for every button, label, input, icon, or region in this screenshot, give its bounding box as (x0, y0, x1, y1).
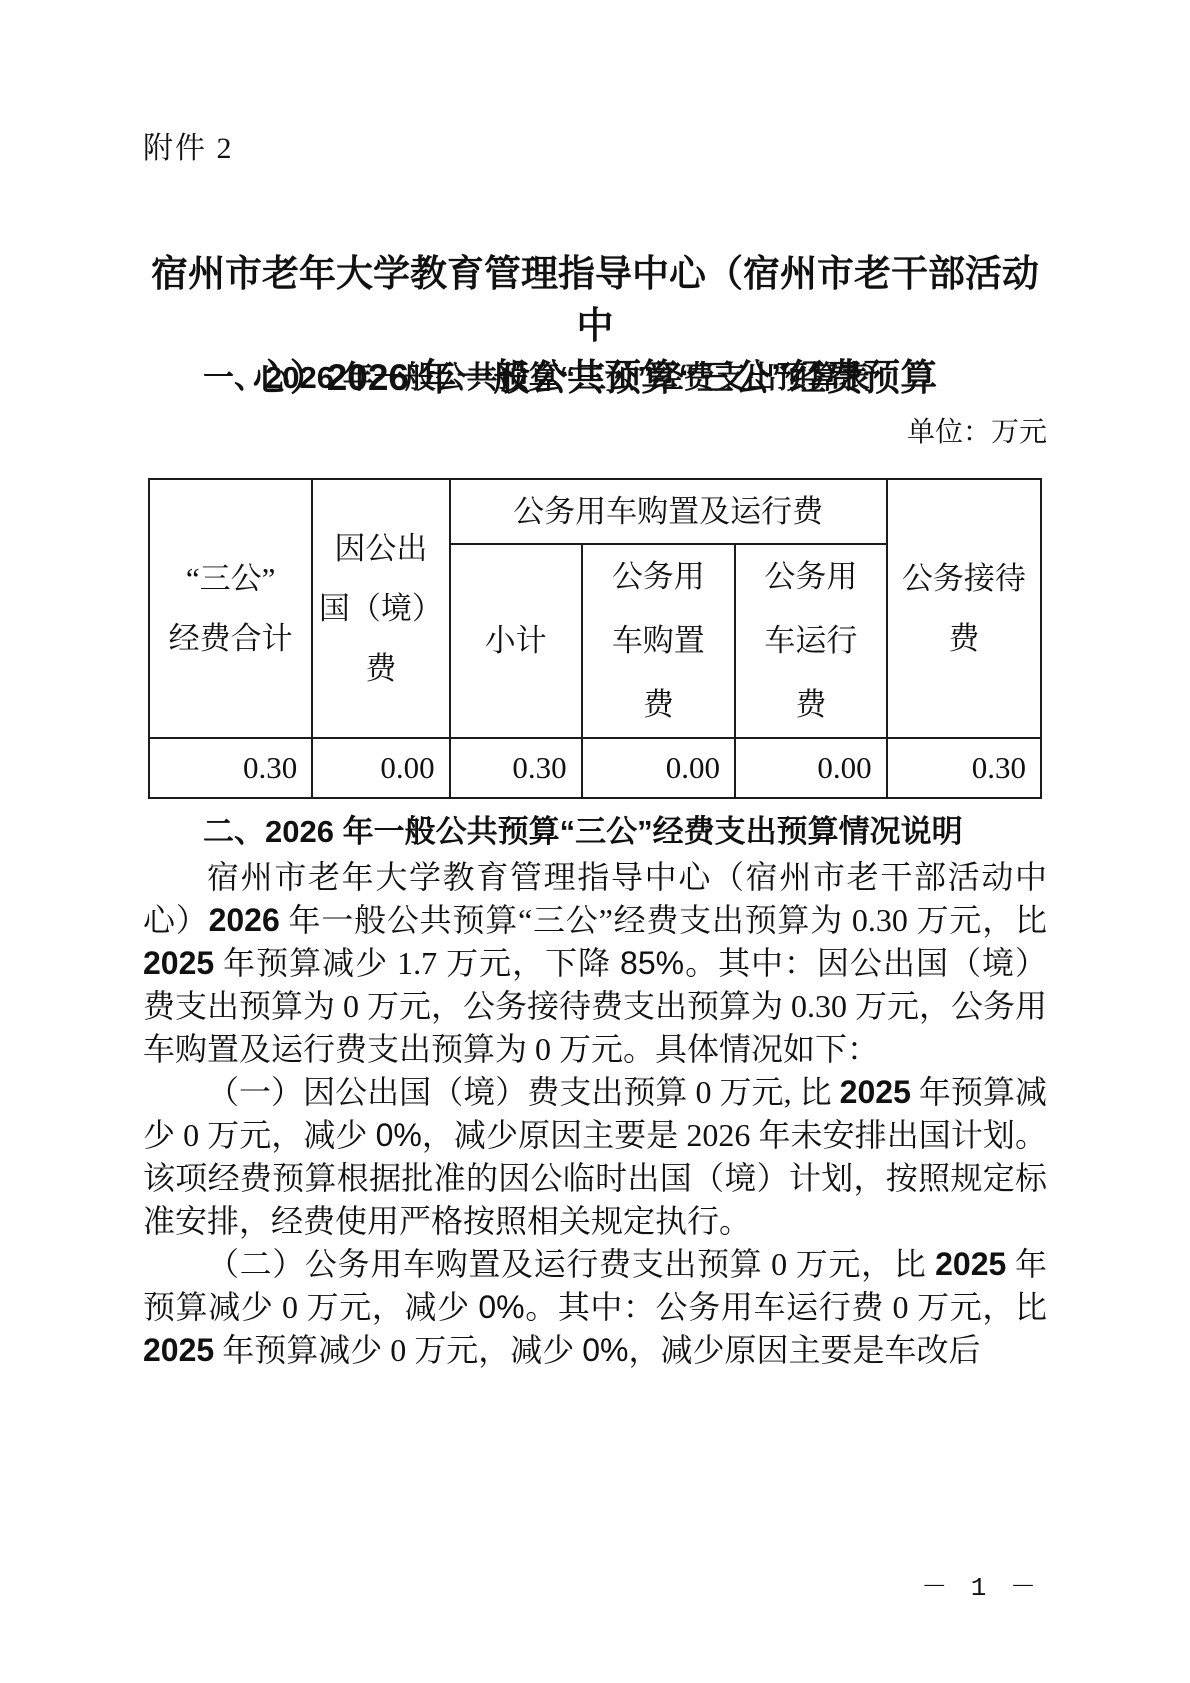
section2-heading: 二、2026 年一般公共预算“三公”经费支出预算情况说明 (143, 810, 1047, 854)
section1-heading: 一、2026 年一般公共预算“三公”经费支出预算表 (143, 360, 1047, 396)
number-run: 2025 (143, 1332, 214, 1368)
header-cell-purchase: 公务用 车购置 费 (582, 544, 735, 738)
value-cell-reception: 0.30 (887, 738, 1041, 798)
number-run: 0% (478, 1289, 524, 1325)
text-run: 年一般公共预算“三公”经费支出预算为 0.30 万元，比 (280, 902, 1047, 938)
value-cell-operation: 0.00 (735, 738, 887, 798)
table-value-row: 0.30 0.00 0.30 0.00 0.00 0.30 (149, 738, 1041, 798)
paragraph-2: （一）因公出国（境）费支出预算 0 万元, 比 2025 年预算减少 0 万元，… (143, 1071, 1047, 1243)
text-run: 。其中：公务用车运行费 0 万元，比 (525, 1289, 1047, 1325)
number-run: 2025 (840, 1074, 911, 1110)
number-run: 0% (376, 1117, 422, 1153)
table-header-row-1: “三公” 经费合计 因公出 国（境） 费 公务用车购置及运行费 公务接待 费 (149, 479, 1041, 544)
text-run: （一）因公出国（境）费支出预算 0 万元, 比 (207, 1074, 840, 1110)
header-cell-reception: 公务接待 费 (887, 479, 1041, 738)
paragraph-3: （二）公务用车购置及运行费支出预算 0 万元，比 2025 年预算减少 0 万元… (143, 1243, 1047, 1372)
paragraph-1: 宿州市老年大学教育管理指导中心（宿州市老干部活动中心）2026 年一般公共预算“… (143, 856, 1047, 1071)
unit-label: 单位：万元 (143, 414, 1047, 452)
text-run: （二）公务用车购置及运行费支出预算 0 万元，比 (207, 1246, 935, 1282)
number-run: 85% (620, 945, 684, 981)
budget-table: “三公” 经费合计 因公出 国（境） 费 公务用车购置及运行费 公务接待 费 小… (148, 478, 1042, 799)
header-cell-operation: 公务用 车运行 费 (735, 544, 887, 738)
body-paragraphs: 宿州市老年大学教育管理指导中心（宿州市老干部活动中心）2026 年一般公共预算“… (143, 856, 1047, 1372)
value-cell-abroad: 0.00 (312, 738, 449, 798)
number-run: 2025 (935, 1246, 1006, 1282)
text-run: 年预算减少 0 万元，减少 (214, 1332, 582, 1368)
text-run: ，减少原因主要是车改后 (628, 1332, 980, 1368)
header-cell-vehicle-group: 公务用车购置及运行费 (450, 479, 887, 544)
attachment-label: 附件 2 (143, 134, 1047, 164)
text-run: 年预算减少 1.7 万元，下降 (214, 945, 620, 981)
value-cell-purchase: 0.00 (582, 738, 735, 798)
header-cell-total: “三公” 经费合计 (149, 479, 312, 738)
value-cell-subtotal: 0.30 (450, 738, 582, 798)
document-page: 附件 2 宿州市老年大学教育管理指导中心（宿州市老干部活动中 心）2026 年一… (0, 0, 1190, 1683)
header-cell-subtotal: 小计 (450, 544, 582, 738)
number-run: 2026 (209, 902, 280, 938)
page-number: － 1 － (921, 1572, 1040, 1604)
number-run: 0% (582, 1332, 628, 1368)
value-cell-total: 0.30 (149, 738, 312, 798)
document-title-line-1: 宿州市老年大学教育管理指导中心（宿州市老干部活动中 (143, 248, 1047, 352)
header-cell-abroad: 因公出 国（境） 费 (312, 479, 449, 738)
number-run: 2025 (143, 945, 214, 981)
